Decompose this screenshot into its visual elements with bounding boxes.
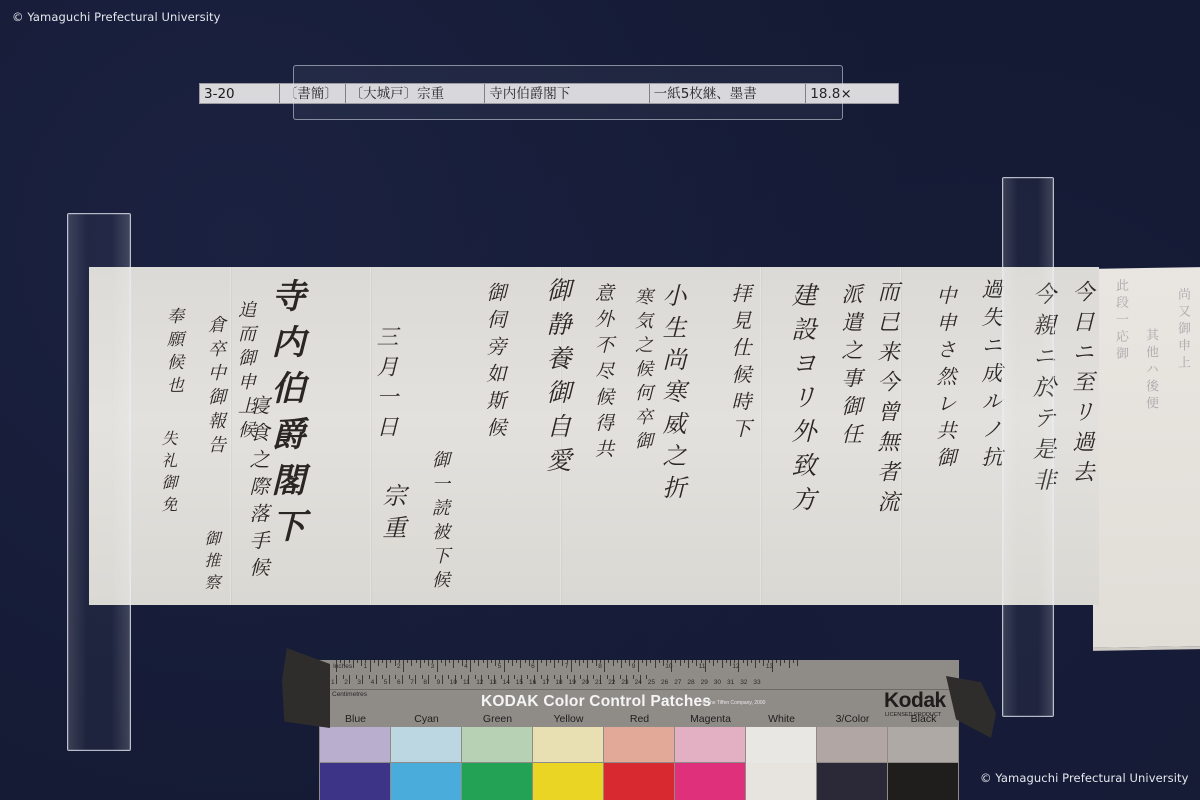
- ruler-tick-inch: [340, 660, 341, 663]
- ruler-tick-inch: [462, 660, 463, 666]
- patch-label-green: Green: [462, 713, 533, 725]
- copyright-notice-bottom: © Yamaguchi Prefectural University: [980, 771, 1189, 785]
- ruler-tick-inch: [587, 660, 588, 668]
- ruler-cm-number: 28: [687, 679, 694, 686]
- ruler-tick-inch: [470, 660, 471, 672]
- ruler-tick-inch: [680, 660, 681, 666]
- ruler-tick-cm: [402, 675, 403, 684]
- patch-label-3-color: 3/Color: [817, 713, 888, 725]
- color-patch-red-bottom: [604, 763, 674, 800]
- ruler-tick-inch: [512, 660, 513, 666]
- patch-label-red: Red: [604, 713, 675, 725]
- ruler-tick-inch: [747, 660, 748, 666]
- ruler-cm-number: 14: [503, 679, 510, 686]
- ruler-cm-number: 8: [423, 679, 427, 686]
- calligraphy-column-body-12: 過失ニ成ルノ抗: [980, 278, 1001, 474]
- ruler-tick-inch: [344, 660, 345, 666]
- ruler-inch-number: 8: [598, 663, 602, 670]
- ruler-tick-inch: [395, 660, 396, 666]
- ruler-tick-inch: [525, 660, 526, 663]
- ruler-cm-number: 16: [529, 679, 536, 686]
- ruler-tick-cm: [415, 675, 416, 684]
- ruler-inch-number: 6: [531, 663, 535, 670]
- paper-fold: [900, 267, 902, 605]
- ruler-inch-number: 7: [565, 663, 569, 670]
- calligraphy-column-postscript-4: 御推察: [203, 530, 219, 596]
- paper-fold: [370, 267, 372, 605]
- ruler-tick-inch: [638, 660, 639, 672]
- color-patch-magenta-top: [675, 727, 745, 762]
- ruler-cm-number: 25: [648, 679, 655, 686]
- color-patch-yellow-bottom: [533, 763, 603, 800]
- ruler-tick-inch: [550, 660, 551, 663]
- ruler-tick-inch: [487, 660, 488, 668]
- ruler-tick-inch: [604, 660, 605, 672]
- ruler-tick-inch: [437, 660, 438, 672]
- ruler-cm-number: 1: [331, 679, 335, 686]
- ruler-cm-number: 21: [595, 679, 602, 686]
- color-patch-red-top: [604, 727, 674, 762]
- ruler-tick-inch: [784, 660, 785, 663]
- ruler-tick-inch: [613, 660, 614, 666]
- ruler-tick-inch: [655, 660, 656, 668]
- ruler-cm-number: 19: [569, 679, 576, 686]
- kodak-card-copyright: © The Tiffen Company, 2000: [702, 700, 765, 706]
- ruler-tick-inch: [709, 660, 710, 663]
- ruler-cm-number: 27: [674, 679, 681, 686]
- ruler-tick-inch: [416, 660, 417, 663]
- color-patch-white-bottom: [746, 763, 816, 800]
- ruler-tick-inch: [420, 660, 421, 668]
- calligraphy-column-addressee: 寺内伯爵閣下: [268, 278, 302, 554]
- ruler-cm-number: 23: [621, 679, 628, 686]
- color-patch-yellow-top: [533, 727, 603, 762]
- ruler-cm-number: 30: [714, 679, 721, 686]
- ruler-tick-cm: [376, 675, 377, 684]
- ruler-tick-inch: [403, 660, 404, 672]
- kodak-logo: Kodak: [884, 689, 946, 713]
- ruler-tick-inch: [722, 660, 723, 668]
- calligraphy-column-postscript-3: 倉卒中御報告: [206, 315, 224, 459]
- ruler-tick-inch: [374, 660, 375, 663]
- ruler-tick-inch: [441, 660, 442, 663]
- calligraphy-column-postscript-5: 奉願候也: [164, 307, 181, 399]
- ruler-inch-number: 11: [699, 663, 706, 670]
- ruler-tick-inch: [370, 660, 371, 672]
- ruler-tick-inch: [516, 660, 517, 663]
- ruler-cm-number: 26: [661, 679, 668, 686]
- ruler-tick-inch: [625, 660, 626, 663]
- ruler-cm-number: 24: [635, 679, 642, 686]
- ruler-tick-inch: [353, 660, 354, 668]
- ruler-tick-inch: [478, 660, 479, 666]
- ruler-tick-inch: [349, 660, 350, 663]
- color-patch-white-top: [746, 727, 816, 763]
- patch-label-yellow: Yellow: [533, 713, 604, 725]
- color-patch-blue-top: [320, 727, 390, 762]
- patch-label-blue: Blue: [320, 713, 391, 725]
- kodak-color-card: Inches Centimetres 123456789101112131234…: [319, 660, 959, 800]
- ruler-tick-cm: [362, 675, 363, 684]
- ruler-tick-inch: [541, 660, 542, 663]
- ruler-tick-inch: [575, 660, 576, 663]
- ruler-cm-number: 3: [357, 679, 361, 686]
- ruler-tick-inch: [562, 660, 563, 666]
- calligraphy-column-postscript-6: 失礼御免: [160, 430, 176, 518]
- ruler-tick-inch: [713, 660, 714, 666]
- ruler-cm-number: 32: [740, 679, 747, 686]
- ruler-tick-inch: [684, 660, 685, 663]
- ruler-tick-inch: [546, 660, 547, 666]
- ruler-inch-number: 1: [364, 663, 368, 670]
- ruler-tick-inch: [730, 660, 731, 666]
- calligraphy-column-body-14: 今日ニ至リ過去: [1070, 280, 1092, 490]
- ruler-tick-inch: [726, 660, 727, 663]
- patch-label-cyan: Cyan: [391, 713, 462, 725]
- calligraphy-column-body-8: 建設ヨリ外致方: [790, 282, 815, 520]
- calligraphy-column-body-2: 御伺旁如斯候: [485, 282, 505, 444]
- color-patch-3-color-bottom: [817, 763, 887, 800]
- paper-fold: [760, 267, 762, 605]
- ruler-inch-number: 2: [397, 663, 401, 670]
- ruler-tick-inch: [789, 660, 790, 668]
- ruler-tick-inch: [608, 660, 609, 663]
- calligraphy-column-signature: 宗重: [380, 483, 404, 547]
- ruler-tick-inch: [558, 660, 559, 663]
- ruler-tick-inch: [520, 660, 521, 668]
- ruler-tick-inch: [688, 660, 689, 668]
- ruler-tick-inch: [453, 660, 454, 668]
- ruler-tick-inch: [621, 660, 622, 668]
- calligraphy-column-body-5: 寒気之候何卒御: [633, 287, 651, 455]
- ruler-tick-inch: [428, 660, 429, 666]
- paper-fold: [230, 267, 232, 605]
- ruler-tick-inch: [579, 660, 580, 666]
- scroll-bundle: 尚又御申上 其他ハ後便 此段一応御: [1093, 267, 1200, 651]
- ruler-cm-number: 17: [542, 679, 549, 686]
- ruler-tick-inch: [529, 660, 530, 666]
- ruler-tick-inch: [751, 660, 752, 663]
- ruler-tick-inch: [617, 660, 618, 663]
- ruler-tick-inch: [776, 660, 777, 663]
- ruler-cm-number: 31: [727, 679, 734, 686]
- calligraphy-column-body-7: 拝見仕候時下: [730, 283, 750, 445]
- calligraphy-column-postscript-2: 寝食之際落手候: [248, 395, 268, 584]
- ruler-tick-inch: [537, 660, 538, 672]
- ruler-tick-inch: [361, 660, 362, 666]
- ruler-tick-inch: [663, 660, 664, 666]
- ruler-cm-number: 20: [582, 679, 589, 686]
- ruler-cm-number: 4: [371, 679, 375, 686]
- ruler-tick-inch: [571, 660, 572, 672]
- ruler-tick-inch: [411, 660, 412, 666]
- bundle-text-3: 此段一応御: [1111, 278, 1130, 363]
- ruler-tick-inch: [717, 660, 718, 663]
- ruler-cm-number: 15: [516, 679, 523, 686]
- color-patch-cyan-top: [391, 727, 461, 762]
- ruler-tick-inch: [650, 660, 651, 663]
- ruler-tick-inch: [592, 660, 593, 663]
- patch-label-black: Black: [888, 713, 959, 725]
- patch-label-white: White: [746, 713, 817, 725]
- ruler-cm-number: 13: [489, 679, 496, 686]
- ruler-tick-inch: [495, 660, 496, 666]
- calligraphy-column-body-10: 而已来今曾無者流: [875, 280, 897, 520]
- bundle-text-2: 其他ハ後便: [1141, 328, 1160, 413]
- ruler-tick-inch: [759, 660, 760, 663]
- ruler-tick-inch: [390, 660, 391, 663]
- ruler-centimetres-label: Centimetres: [332, 691, 367, 698]
- ruler-inch-number: 13: [766, 663, 773, 670]
- ruler-inch-number: 12: [732, 663, 739, 670]
- ruler-tick-inch: [504, 660, 505, 672]
- color-patch-black-top: [888, 727, 958, 762]
- calligraphy-column-body-11: 中申さ然レ共御: [935, 285, 955, 474]
- ruler-tick-inch: [755, 660, 756, 668]
- copyright-notice-top: © Yamaguchi Prefectural University: [12, 10, 221, 24]
- catalog-number: 3-20: [200, 84, 280, 103]
- ruler-tick-inch: [629, 660, 630, 666]
- calligraphy-column-date: 三月一日: [374, 325, 396, 445]
- color-patch-green-top: [462, 727, 532, 762]
- acrylic-weight-left: [67, 213, 131, 751]
- ruler-inch-number: 4: [464, 663, 468, 670]
- ruler-inch-number: 3: [431, 663, 435, 670]
- ruler-cm-number: 5: [384, 679, 388, 686]
- calligraphy-column-body-6: 小生尚寒威之折: [660, 283, 684, 507]
- ruler-tick-inch: [583, 660, 584, 663]
- ruler-tick-cm: [389, 675, 390, 684]
- ruler-tick-inch: [491, 660, 492, 663]
- ruler-inch-number: 5: [498, 663, 502, 670]
- ruler-tick-inch: [424, 660, 425, 663]
- kodak-card-title: KODAK Color Control Patches: [481, 693, 711, 711]
- ruler-tick-inch: [596, 660, 597, 666]
- ruler-tick-cm: [428, 675, 429, 684]
- ruler-tick-inch: [696, 660, 697, 666]
- ruler-cm-number: 22: [608, 679, 615, 686]
- bundle-text-1: 尚又御申上: [1173, 287, 1192, 372]
- ruler-inch-number: 10: [665, 663, 672, 670]
- ruler-tick-inch: [458, 660, 459, 663]
- ruler-cm-number: 10: [450, 679, 457, 686]
- ruler-inch-number: 9: [632, 663, 636, 670]
- ruler-tick-inch: [407, 660, 408, 663]
- ruler-tick-inch: [508, 660, 509, 663]
- ruler-tick-inch: [780, 660, 781, 666]
- color-patch-3-color-top: [817, 727, 887, 762]
- ruler-tick-inch: [793, 660, 794, 663]
- ruler-tick-inch: [474, 660, 475, 663]
- ruler-tick-inch: [386, 660, 387, 668]
- ruler-cm-number: 29: [701, 679, 708, 686]
- ruler-tick-inch: [659, 660, 660, 663]
- ruler-cm-number: 18: [555, 679, 562, 686]
- color-patch-blue-bottom: [320, 763, 390, 800]
- color-patch-black-bottom: [888, 763, 958, 800]
- ruler-cm-number: 11: [463, 679, 470, 686]
- ruler-tick-inch: [554, 660, 555, 668]
- color-patch-magenta-bottom: [675, 763, 745, 800]
- ruler-tick-inch: [743, 660, 744, 663]
- ruler-cm-number: 2: [344, 679, 348, 686]
- color-patch-green-bottom: [462, 763, 532, 800]
- calligraphy-column-body-1: 御一読被下候: [430, 450, 448, 594]
- ruler-cm-number: 6: [397, 679, 401, 686]
- ruler: Inches Centimetres 123456789101112131234…: [319, 660, 959, 690]
- ruler-tick-inch: [483, 660, 484, 663]
- ruler-tick-inch: [378, 660, 379, 666]
- ruler-tick-inch: [642, 660, 643, 663]
- ruler-tick-cm: [336, 675, 337, 684]
- ruler-cm-number: 12: [476, 679, 483, 686]
- calligraphy-column-body-9: 派遣之事御任: [840, 283, 861, 451]
- calligraphy-column-body-3: 御静養御自愛: [545, 277, 570, 481]
- ruler-tick-cm: [442, 675, 443, 684]
- ruler-tick-inch: [449, 660, 450, 663]
- ruler-tick-inch: [692, 660, 693, 663]
- ruler-tick-inch: [675, 660, 676, 663]
- color-patch-cyan-bottom: [391, 763, 461, 800]
- ruler-cm-number: 7: [410, 679, 414, 686]
- acrylic-weight-right: [1002, 177, 1054, 717]
- ruler-tick-inch: [797, 660, 798, 666]
- ruler-cm-number: 9: [437, 679, 441, 686]
- ruler-tick-inch: [646, 660, 647, 666]
- calligraphy-column-body-4: 意外不尽候得共: [593, 283, 612, 465]
- ruler-tick-inch: [445, 660, 446, 666]
- ruler-cm-number: 33: [753, 679, 760, 686]
- ruler-tick-inch: [357, 660, 358, 663]
- acrylic-label-holder: [293, 65, 843, 120]
- ruler-tick-inch: [336, 660, 337, 672]
- ruler-tick-inch: [763, 660, 764, 666]
- patch-label-magenta: Magenta: [675, 713, 746, 725]
- ruler-tick-inch: [382, 660, 383, 663]
- ruler-tick-cm: [349, 675, 350, 684]
